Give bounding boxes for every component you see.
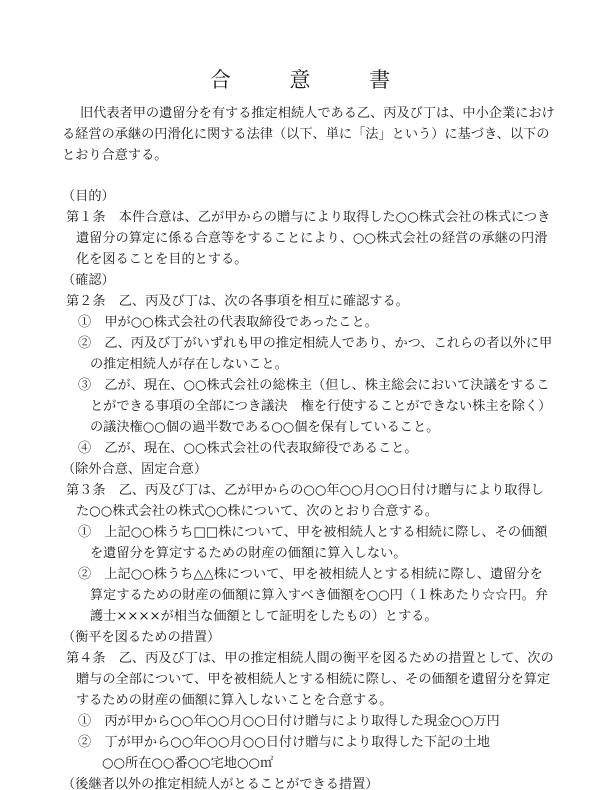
numbered-item: ① 甲が○○株式会社の代表取締役であったこと。	[78, 312, 378, 333]
body-line: 贈与の全部について、甲を被相続人とする相続に際し、その価額を遺留分を算定	[76, 669, 550, 690]
article-line: 第２条 乙、丙及び丁は、次の各事項を相互に確認する。	[66, 291, 409, 312]
body-line: とができる事項の全部につき議決 権を行使することができない株主を除く）	[90, 396, 551, 417]
document-title: 合 意 書	[0, 64, 600, 94]
preamble-line: とおり合意する。	[62, 145, 168, 166]
body-line: 遺留分の算定に係る合意等をすることにより、○○株式会社の経営の承継の円滑	[76, 228, 547, 249]
body-line: 護士××××が相当な価額として証明をしたもの）とする。	[90, 606, 438, 627]
numbered-item: ③ 乙が、現在、○○株式会社の総株主（但し、株主総会において決議をするこ	[78, 375, 549, 396]
section-heading: （後継者以外の推定相続人がとることができる措置）	[62, 774, 379, 790]
preamble-line: 旧代表者甲の遺留分を有する推定相続人である乙、丙及び丁は、中小企業におけ	[80, 103, 555, 124]
agreement-document: 合 意 書 旧代表者甲の遺留分を有する推定相続人である乙、丙及び丁は、中小企業に…	[0, 0, 600, 790]
numbered-item: ② 丁が甲から○○年○○月○○日付け贈与により取得した下記の土地	[78, 732, 490, 753]
numbered-item: ② 上記○○株うち△△株について、甲を被相続人とする相続に際し、遺留分を	[78, 564, 543, 585]
numbered-item: ④ 乙が、現在、○○株式会社の代表取締役であること。	[78, 438, 418, 459]
body-line: 化を図ることを目的とする。	[76, 249, 247, 270]
article-line: 第１条 本件合意は、乙が甲からの贈与により取得した○○株式会社の株式につき	[66, 207, 550, 228]
section-heading: （除外合意、固定合意）	[62, 459, 207, 480]
section-heading: （衡平を図るための措置）	[62, 627, 220, 648]
body-line: を遺留分を算定するための財産の価額に算入しない。	[90, 543, 407, 564]
body-line: た○○株式会社の株式○○株について、次のとおり合意する。	[76, 501, 438, 522]
body-line: するための財産の価額に算入しないことを合意する。	[76, 690, 393, 711]
article-line: 第４条 乙、丙及び丁は、甲の推定相続人間の衡平を図るための措置として、次の	[66, 648, 554, 669]
body-line: 算定するための財産の価額に算入すべき価額を○○円（１株あたり☆☆円。弁	[90, 585, 548, 606]
numbered-item: ① 上記○○株うち□□株について、甲を被相続人とする相続に際し、その価額	[78, 522, 547, 543]
section-heading: （確認）	[62, 270, 115, 291]
body-line: の推定相続人が存在しないこと。	[90, 354, 288, 375]
section-heading: （目的）	[62, 186, 115, 207]
numbered-item: ① 丙が甲から○○年○○月○○日付け贈与により取得した現金○○万円	[78, 711, 500, 732]
body-line: の議決権○○個の過半数である○○個を保有していること。	[90, 417, 439, 438]
article-line: 第３条 乙、丙及び丁は、乙が甲からの○○年○○月○○日付け贈与により取得し	[66, 480, 544, 501]
body-line: ○○所在○○番○○宅地○○㎡	[102, 753, 273, 774]
preamble-line: る経営の承継の円滑化に関する法律（以下、単に「法」という）に基づき、以下の	[62, 124, 549, 145]
numbered-item: ② 乙、丙及び丁がいずれも甲の推定相続人であり、かつ、これらの者以外に甲	[78, 333, 552, 354]
